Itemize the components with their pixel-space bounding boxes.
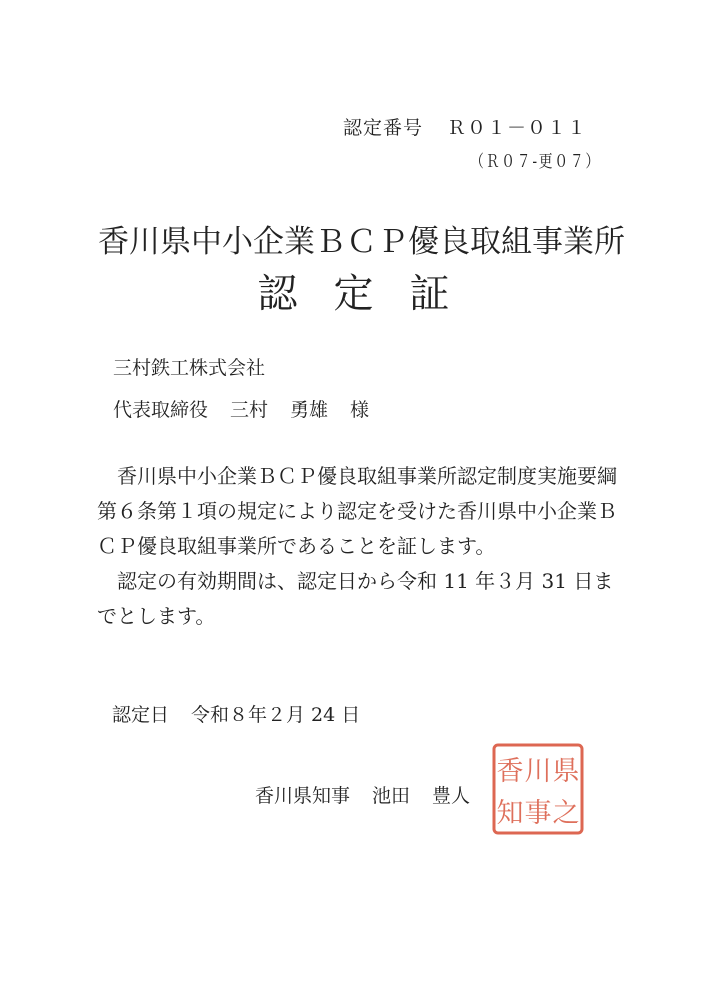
body-paragraph-certification: 香川県中小企業ＢＣＰ優良取組事業所認定制度実施要綱第６条第１項の規定により認定を… xyxy=(97,459,617,564)
certification-date-label: 認定日 xyxy=(112,704,169,726)
recipient-honorific: 様 xyxy=(350,399,369,421)
certificate-title: 香川県中小企業ＢＣＰ優良取組事業所 xyxy=(98,216,625,261)
svg-text:知: 知 xyxy=(497,798,524,829)
svg-text:事: 事 xyxy=(525,798,552,829)
certification-date: 認定日令和８年２月 24 日 xyxy=(112,700,360,727)
recipient-representative: 代表取締役三村勇雄様 xyxy=(113,395,369,422)
certificate-heading: 認定証 xyxy=(0,262,707,319)
certificate-number: 認定番号Ｒ０１－０１１ xyxy=(343,113,587,140)
certification-date-value: 令和８年２月 24 日 xyxy=(191,704,360,726)
certificate-renewal-number: （Ｒ０７-更０７） xyxy=(470,147,601,172)
svg-text:県: 県 xyxy=(553,756,580,787)
svg-text:之: 之 xyxy=(553,798,580,829)
svg-text:川: 川 xyxy=(525,756,552,787)
recipient-given-name: 勇雄 xyxy=(290,399,328,421)
recipient-family-name: 三村 xyxy=(230,399,268,421)
issuer-given-name: 豊人 xyxy=(432,785,470,807)
official-seal-icon: 県 之 川 事 香 知 xyxy=(491,742,585,836)
recipient-position: 代表取締役 xyxy=(113,399,208,421)
recipient-company: 三村鉄工株式会社 xyxy=(113,353,265,380)
svg-text:香: 香 xyxy=(497,756,524,787)
body-paragraph-validity: 認定の有効期間は、認定日から令和 11 年３月 31 日までとします。 xyxy=(97,564,617,634)
certificate-body: 香川県中小企業ＢＣＰ優良取組事業所認定制度実施要綱第６条第１項の規定により認定を… xyxy=(97,459,617,634)
issuer-family-name: 池田 xyxy=(372,785,410,807)
issuer-title: 香川県知事 xyxy=(255,785,350,807)
certificate-number-label: 認定番号 xyxy=(343,117,423,139)
issuer: 香川県知事池田豊人 xyxy=(255,781,470,808)
certificate-number-value: Ｒ０１－０１１ xyxy=(447,117,587,139)
